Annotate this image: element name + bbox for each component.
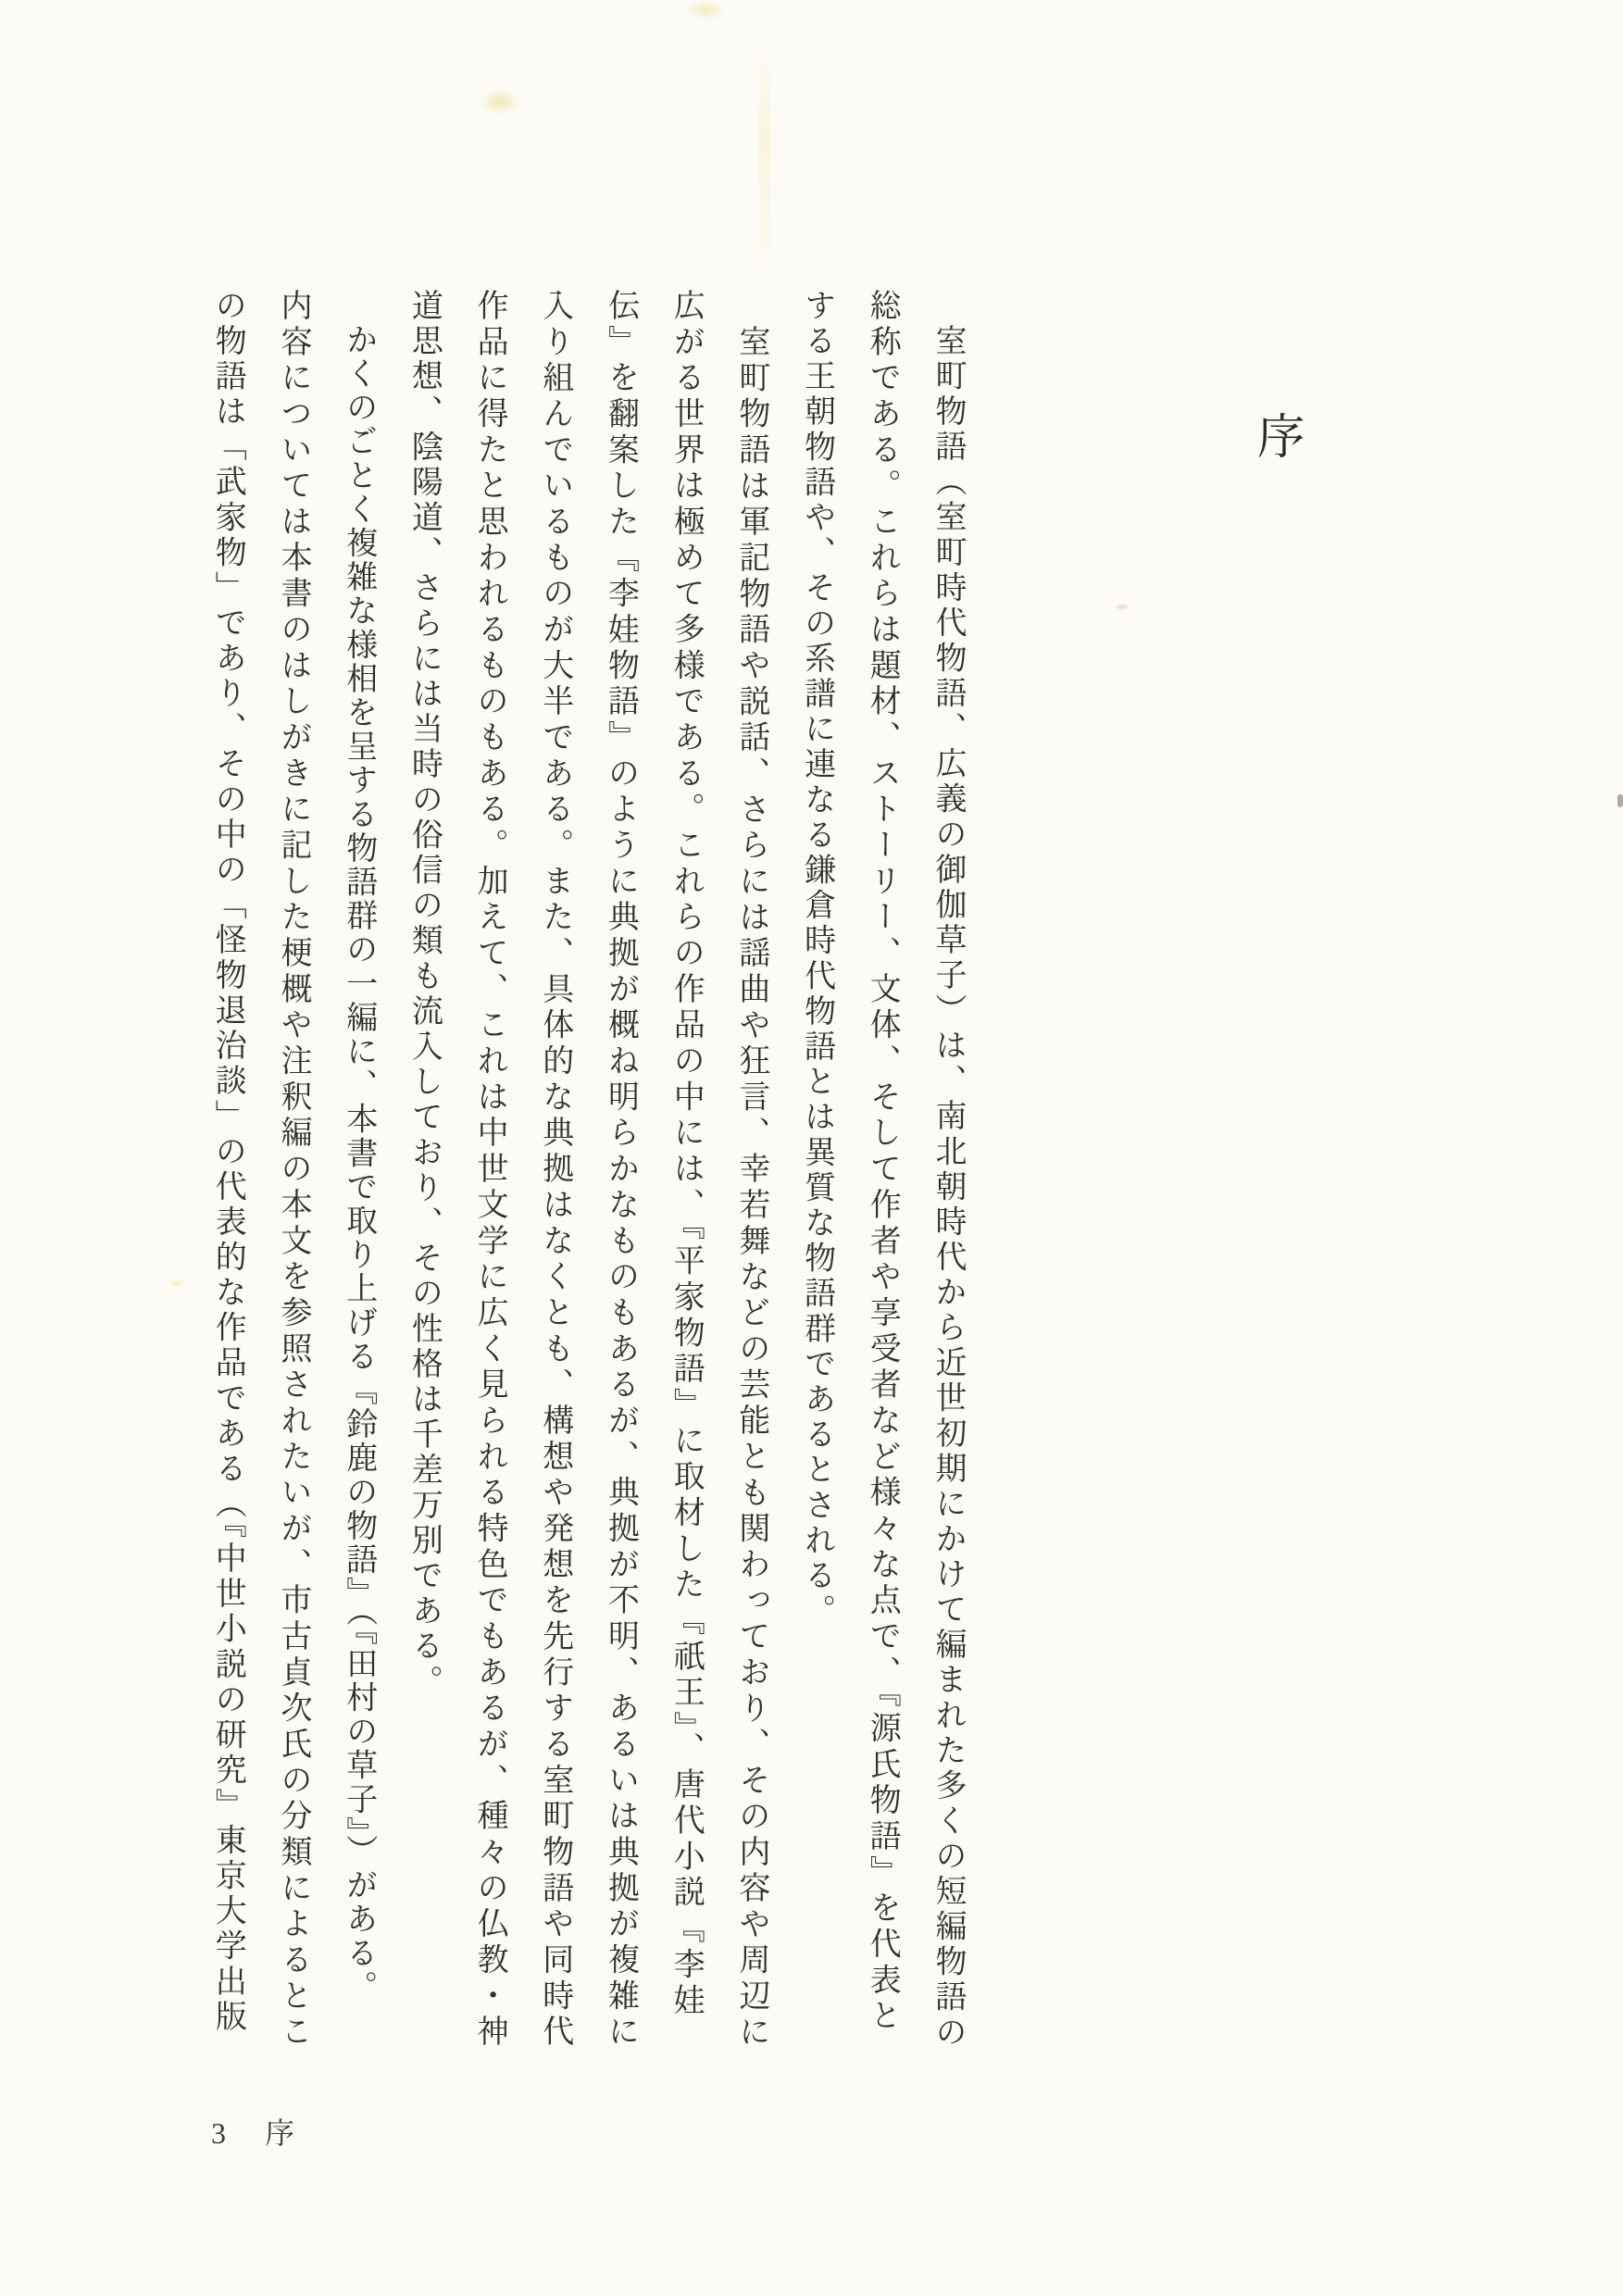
text-column: 総称である。これらは題材、ストーリー、文体、そして作者や享受者など様々な点で、『… <box>863 289 900 2085</box>
text-column: 入り組んでいるものが大半である。また、具体的な典拠はなくとも、構想や発想を先行す… <box>536 289 573 2085</box>
page-number: 3 <box>211 2116 226 2150</box>
scanned-page: 序 室町物語（室町時代物語、広義の御伽草子）は、南北朝時代から近世初期にかけて編… <box>0 0 1623 2296</box>
page-footer: 3序 <box>211 2116 294 2150</box>
text-column: 伝』を翻案した『李娃物語』のように典拠が概ね明らかなものもあるが、典拠が不明、あ… <box>602 289 639 2085</box>
text-column: 室町物語（室町時代物語、広義の御伽草子）は、南北朝時代から近世初期にかけて編まれ… <box>929 289 966 2120</box>
text-column: 内容については本書のはしがきに記した梗概や注釈編の本文を参照されたいが、市古貞次… <box>274 289 311 2085</box>
text-column: 広がる世界は極めて多様である。これらの作品の中には、『平家物語』に取材した『祇王… <box>667 289 704 2085</box>
text-column: 道思想、陰陽道、さらには当時の俗信の類も流入しており、その性格は千差万別である。 <box>405 289 442 2085</box>
body-text: 室町物語（室町時代物語、広義の御伽草子）は、南北朝時代から近世初期にかけて編まれ… <box>0 0 1623 2296</box>
text-column: 作品に得たと思われるものもある。加えて、これは中世文学に広く見られる特色でもある… <box>470 289 507 2085</box>
text-column: かくのごとく複雑な様相を呈する物語群の一編に、本書で取り上げる『鈴鹿の物語』（『… <box>340 289 377 2119</box>
text-column: する王朝物語や、その系譜に連なる鎌倉時代物語とは異質な物語群であるとされる。 <box>798 289 835 2085</box>
footer-chapter-label: 序 <box>265 2116 294 2150</box>
text-column: の物語は「武家物」であり、その中の「怪物退治談」の代表的な作品である（『中世小説… <box>208 289 245 2085</box>
text-column: 室町物語は軍記物語や説話、さらには謡曲や狂言、幸若舞などの芸能とも関わっており、… <box>732 289 769 2121</box>
